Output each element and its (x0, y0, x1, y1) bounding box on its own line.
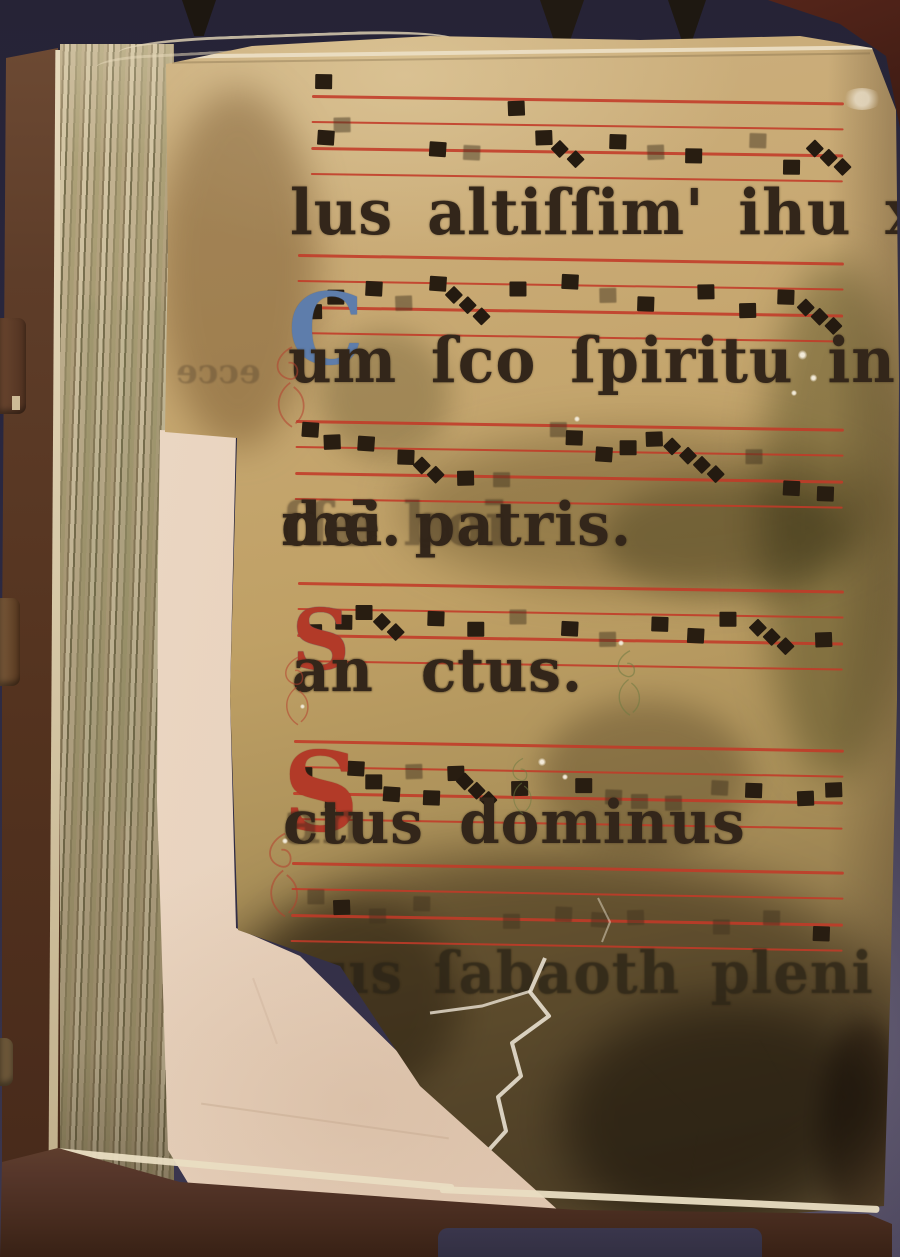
neume (777, 289, 794, 305)
neume (763, 910, 780, 925)
neume (459, 296, 477, 314)
neume (749, 133, 766, 149)
white-speck (810, 374, 817, 382)
neume (609, 134, 626, 150)
chant-text: an ctus. (292, 640, 583, 700)
neume (595, 446, 613, 462)
white-speck (538, 758, 546, 766)
white-speck (282, 838, 288, 844)
neume (315, 74, 332, 89)
binding-boss (676, 1233, 720, 1257)
neume (405, 763, 423, 779)
chant-text: lus altiſſim' ihu xpiſte (290, 182, 900, 244)
chant-text: um ſco ſpiritu in glā (288, 330, 900, 392)
neume (645, 431, 663, 447)
neume (825, 782, 843, 798)
staff-line (295, 472, 843, 484)
neume (356, 605, 373, 620)
neume (429, 141, 447, 157)
staff-line (297, 306, 843, 318)
neume (685, 148, 702, 163)
neume (457, 470, 474, 485)
neume (776, 637, 794, 655)
white-speck (791, 390, 797, 396)
neume (550, 422, 567, 437)
show-through-text: ecce (176, 352, 261, 392)
neume (508, 101, 526, 117)
neume (555, 906, 573, 922)
neume (817, 486, 834, 502)
neume (697, 284, 714, 299)
neume (463, 144, 481, 160)
neume (561, 274, 579, 290)
chant-text: mē. (281, 494, 402, 554)
neume (745, 782, 763, 798)
neume (509, 610, 526, 625)
neume (301, 422, 319, 438)
neume (719, 612, 736, 627)
white-speck (618, 640, 624, 646)
staff-line (298, 254, 844, 266)
neume (797, 791, 815, 807)
neume (647, 144, 665, 160)
white-speck (562, 774, 568, 780)
neume (427, 611, 444, 627)
neume (535, 130, 553, 146)
neume (429, 276, 447, 292)
staff-line (312, 121, 844, 130)
neume (426, 466, 444, 484)
clasp-strap (0, 318, 26, 414)
neume (599, 632, 616, 647)
neume (815, 632, 833, 648)
neume (333, 117, 350, 132)
neume (687, 628, 705, 644)
white-speck (842, 88, 882, 110)
neume (627, 910, 645, 926)
neume (317, 129, 335, 145)
neume (365, 280, 383, 296)
neume (307, 889, 324, 904)
staff-line (292, 888, 844, 900)
chant-text: ctus dominus (283, 792, 746, 852)
binding-boss (548, 1233, 594, 1257)
neume (591, 912, 609, 928)
neume (551, 139, 569, 157)
neume (651, 617, 668, 633)
manuscript-photo: lus altiſſim' ihu xpiſteCum ſco ſpiritu … (0, 0, 900, 1257)
neume (413, 896, 430, 911)
page-edges-stain (62, 300, 172, 820)
neume (783, 160, 800, 175)
neume (566, 430, 583, 446)
neume (395, 295, 413, 311)
clasp-strap (0, 598, 20, 686)
neume (620, 440, 637, 455)
clasp-tip (12, 396, 20, 410)
clasp-strap (0, 1038, 13, 1086)
neume (783, 480, 801, 496)
staff-line (312, 95, 844, 105)
neume (503, 913, 520, 928)
white-speck (300, 704, 305, 709)
neume (333, 900, 351, 916)
neume (599, 288, 616, 303)
neume (397, 450, 414, 466)
neume (833, 158, 851, 176)
neume (745, 449, 762, 464)
neume (493, 472, 510, 487)
white-speck (798, 350, 807, 360)
neume (713, 920, 730, 935)
neume (637, 296, 654, 312)
neume (357, 436, 375, 452)
neume (509, 282, 526, 297)
neume (323, 434, 341, 450)
neume (369, 908, 386, 923)
neume (739, 303, 756, 318)
white-speck (574, 416, 580, 422)
